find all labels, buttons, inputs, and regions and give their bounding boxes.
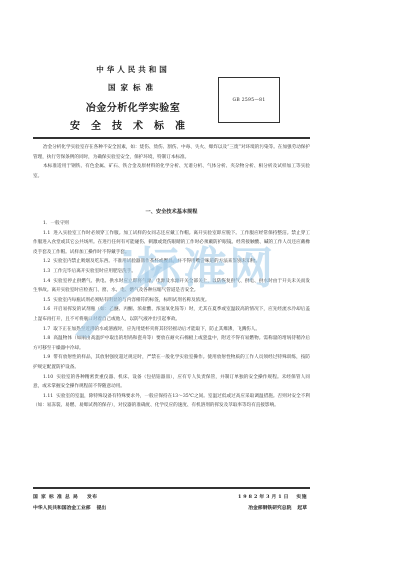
clause-1-3: 1.3 工作完毕后离开实验室时应用肥皂洗手。 [33,267,310,277]
subheading: 1．一般守则 [33,219,310,229]
clause-1-7: 1.7 取下正在加热至近沸的水或溶液时，应先用烧杯夹将其轻轻摇动后才能取下，防止… [33,325,310,335]
clauses-section: 1．一般守则 1.1 进入实验室工作时必须穿工作服。加工试样的女同志还应戴工作帽… [33,219,310,411]
clause-text: 开启易挥发的试剂瓶（如：乙醚、丙酮、浓盐酸、浓氢氧化铵等）时，尤其在夏季或室温较… [33,307,310,322]
clause-number: 1.9 [43,355,50,360]
clause-1-11: 1.11 实验室的室温，除特殊设备有特殊要求外，一般应保持在13～35℃之间。室… [33,392,310,411]
header-country: 中华人民共和国 [80,64,186,75]
standard-document-page: 中华人民共和国 国家标准 冶金分析化学实验室 安全技术标准 GB 2595—81… [0,0,400,566]
standard-code: GB 2595—81 [232,98,265,103]
section-heading: 一、安全技术基本规程 [33,208,310,215]
clause-1-5: 1.5 实验室内每瓶试剂必须贴有明显的与内容相符的标签，标明试剂名称及浓度。 [33,296,310,306]
clause-text: 进入实验室工作时必须穿工作服。加工试样的女同志还应戴工作帽。离开实验室即应脱下。… [33,231,310,255]
clause-number: 1.1 [43,231,50,236]
clause-text: 取下正在加热至近沸的水或溶液时，应先用烧杯夹将其轻轻摇动后才能取下，防止其爆沸，… [53,327,260,332]
proposer-action: 提出 [97,505,107,511]
clause-1-4: 1.4 实验室停止供燃气、供电、供水时应立即将气源、电源及水源开关全部关上，以防… [33,277,310,296]
clause-text: 实验室的各种精密贵重仪器、机床、设备（包括铂器皿），应有专人负责保管，并制订单独… [33,375,310,390]
clause-number: 1.4 [43,279,50,284]
clause-number: 1.7 [43,327,50,332]
document-title-line2: 安全技术标准 [70,117,196,132]
intro-section: 冶金分析化学实验室存在各种不安全因素，如：烧伤、烫伤、割伤、中毒、失火、爆炸以及… [33,143,310,181]
clause-1-10: 1.10 实验室的各种精密贵重仪器、机床、设备（包括铂器皿），应有专人负责保管，… [33,373,310,392]
issuer-action: 发布 [87,494,98,500]
clause-number: 1.10 [43,375,53,380]
proposer-name: 中华人民共和国冶金工业部 [33,505,91,511]
drafter-name: 冶金部钢铁研究总院 [248,505,291,511]
footer-effective-date: 1982年3月1日实施 [238,493,307,500]
footer-proposer: 中华人民共和国冶金工业部提出 [33,504,106,511]
clause-number: 1.2 [43,259,50,264]
intro-paragraph: 冶金分析化学实验室存在各种不安全因素，如：烧伤、烫伤、割伤、中毒、失火、爆炸以及… [33,143,310,162]
clause-1-2: 1.2 实验室内禁止吸烟及吃东西。不准用试验器皿作茶杯或餐具，并不得用嘴尝味道的… [33,257,310,267]
clause-text: 实验室停止供燃气、供电、供水时应立即将气源、电源及水源开关全部关上，以防恢复供气… [33,279,310,294]
clause-number: 1.11 [43,394,53,399]
effective-action: 实施 [296,494,307,500]
clause-text: 实验室内禁止吸烟及吃东西。不准用试验器皿作茶杯或餐具，并不得用嘴尝味道的方法来鉴… [53,259,260,264]
clause-1-6: 1.6 开启易挥发的试剂瓶（如：乙醚、丙酮、浓盐酸、浓氢氧化铵等）时，尤其在夏季… [33,305,310,324]
clause-number: 1.8 [43,336,50,341]
scope-paragraph: 本标准适用于钢铁、有色金属、矿石、铁合金及原材料的化学分析、光谱分析、气体分析、… [33,162,310,181]
effective-date: 1982年3月1日 [238,494,290,500]
clause-text: 带有放射性的样品，其放射强度超过规定时，严禁在一般化学实验室操作。使用放射性物质… [33,355,310,370]
header-divider [33,137,310,139]
footer-issuer: 国家标准总局发布 [33,493,98,500]
drafter-action: 起草 [297,505,307,511]
footer-divider [33,487,310,489]
document-title-line1: 冶金分析化学实验室 [80,99,186,114]
clause-text: 实验室内每瓶试剂必须贴有明显的与内容相符的标签，标明试剂名称及浓度。 [53,298,209,303]
clause-number: 1.6 [43,307,50,312]
clause-number: 1.3 [43,269,50,274]
clause-number: 1.5 [43,298,50,303]
issuer-name: 国家标准总局 [33,494,81,500]
clause-text: 实验室的室温，除特殊设备有特殊要求外，一般应保持在13～35℃之间。室温过低或过… [33,394,310,409]
clause-1-9: 1.9 带有放射性的样品，其放射强度超过规定时，严禁在一般化学实验室操作。使用放… [33,353,310,372]
clause-1-8: 1.8 高温物体（如刚由高温炉中取出的坩埚和瓷舟等）要放在耐火石棉板上或瓷盘中，… [33,334,310,353]
clause-1-1: 1.1 进入实验室工作时必须穿工作服。加工试样的女同志还应戴工作帽。离开实验室即… [33,229,310,258]
standard-code-box: GB 2595—81 [218,77,280,123]
footer-drafter: 冶金部钢铁研究总院起草 [248,504,307,511]
header-national-standard: 国家标准 [80,82,186,93]
clause-text: 工作完毕后离开实验室时应用肥皂洗手。 [53,269,136,274]
clause-text: 高温物体（如刚由高温炉中取出的坩埚和瓷舟等）要放在耐火石棉板上或瓷盘中，附近不得… [33,336,310,351]
